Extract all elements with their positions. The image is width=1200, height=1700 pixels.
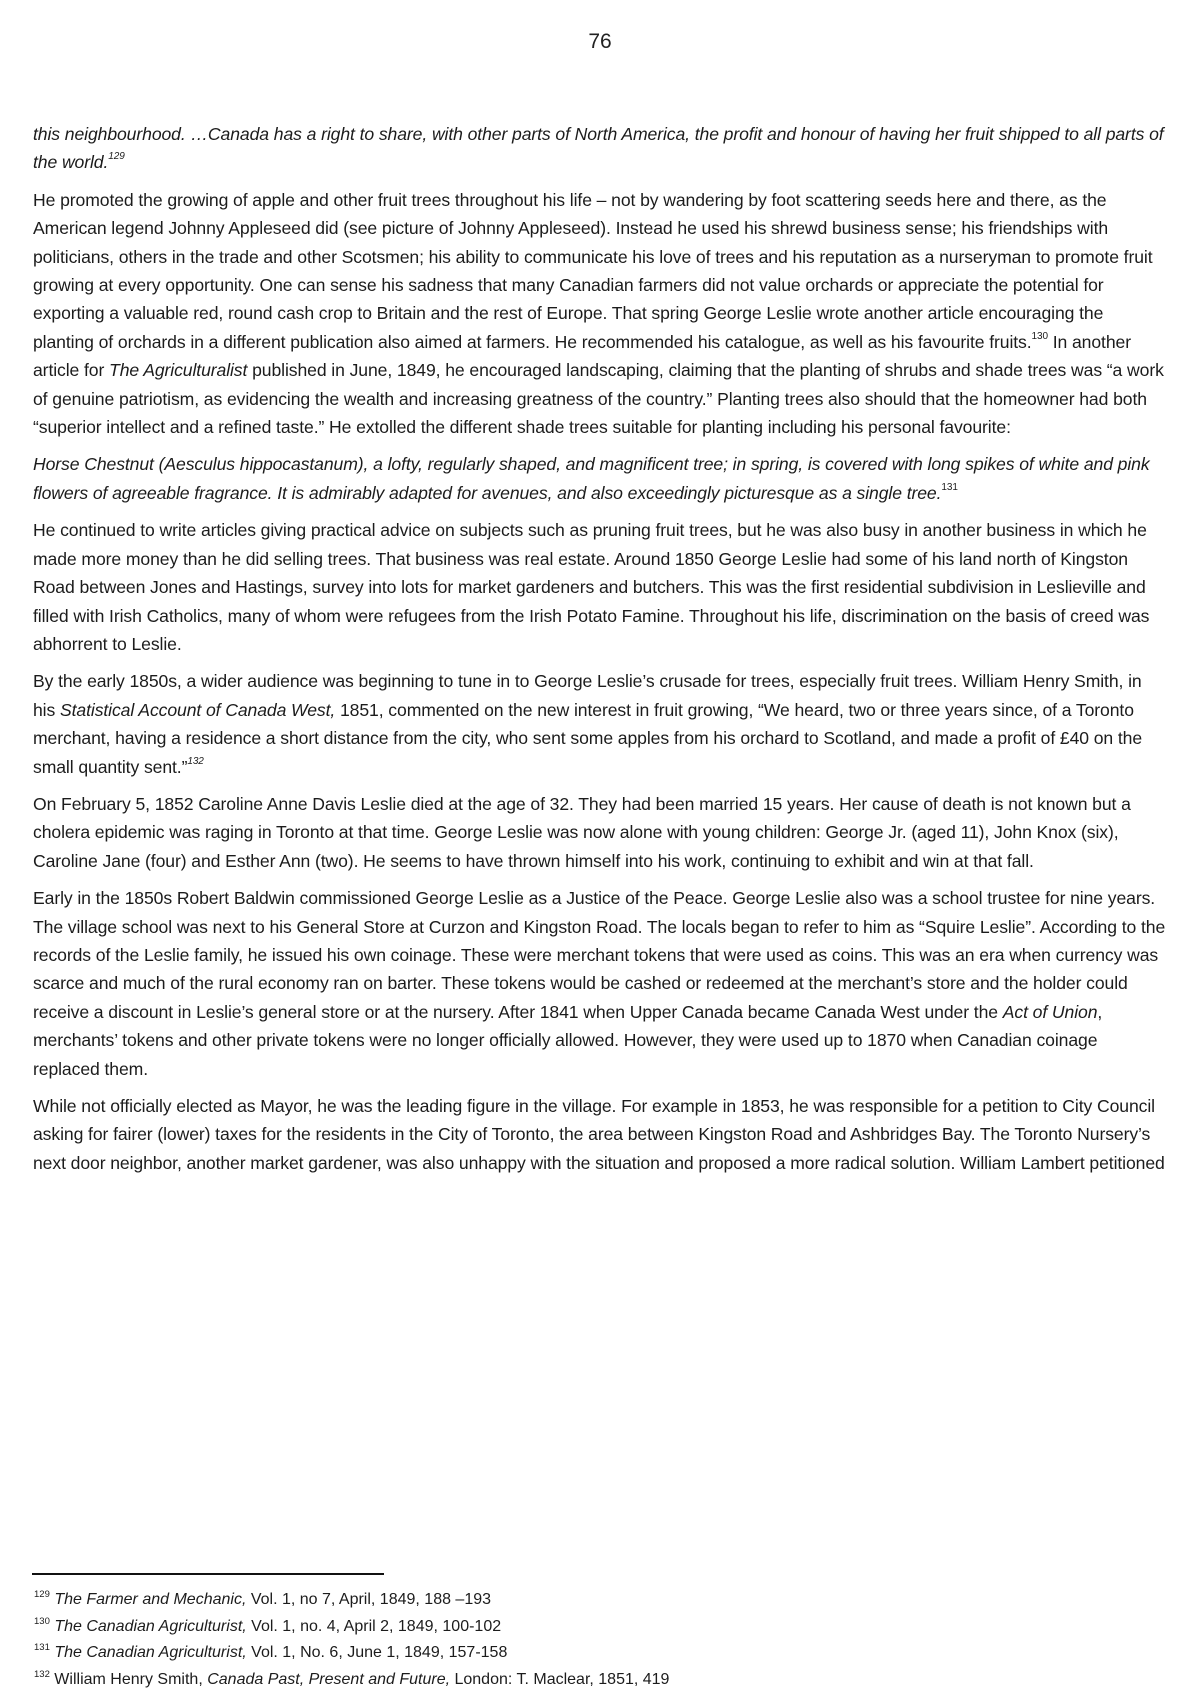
publication-title: Statistical Account of Canada West, xyxy=(60,700,335,720)
footnote-ref-129[interactable]: 129 xyxy=(108,151,124,162)
paragraph-wider-audience: By the early 1850s, a wider audience was… xyxy=(33,667,1168,781)
footnote-129: 129 The Farmer and Mechanic, Vol. 1, no … xyxy=(34,1587,934,1614)
paragraph-village-figure: While not officially elected as Mayor, h… xyxy=(33,1092,1168,1177)
footnote-author: William Henry Smith, xyxy=(50,1671,207,1688)
footnote-text: Vol. 1, No. 6, June 1, 1849, 157-158 xyxy=(247,1644,508,1661)
act-title: Act of Union xyxy=(1003,1002,1098,1022)
paragraph-justice-of-peace: Early in the 1850s Robert Baldwin commis… xyxy=(33,884,1168,1083)
paragraph-real-estate: He continued to write articles giving pr… xyxy=(33,516,1168,658)
footnote-ref-132[interactable]: 132 xyxy=(187,756,203,767)
publication-title: The Agriculturalist xyxy=(109,360,247,380)
footnote-title: The Canadian Agriculturist, xyxy=(54,1644,246,1661)
footnote-ref-130[interactable]: 130 xyxy=(1032,331,1048,342)
footnote-title: The Canadian Agriculturist, xyxy=(54,1618,246,1635)
footnote-number: 129 xyxy=(34,1589,50,1600)
paragraph-text: He promoted the growing of apple and oth… xyxy=(33,190,1153,352)
footnote-ref-131[interactable]: 131 xyxy=(941,482,957,493)
block-quote-orchard: this neighbourhood. …Canada has a right … xyxy=(33,120,1168,177)
footnotes: 129 The Farmer and Mechanic, Vol. 1, no … xyxy=(34,1587,934,1693)
quote-text: Horse Chestnut (Aesculus hippocastanum),… xyxy=(33,454,1150,502)
footnote-131: 131 The Canadian Agriculturist, Vol. 1, … xyxy=(34,1640,934,1667)
footnote-132: 132 William Henry Smith, Canada Past, Pr… xyxy=(34,1667,934,1694)
page-number: 76 xyxy=(0,30,1200,54)
block-quote-horse-chestnut: Horse Chestnut (Aesculus hippocastanum),… xyxy=(33,450,1168,507)
paragraph-caroline-death: On February 5, 1852 Caroline Anne Davis … xyxy=(33,790,1168,875)
paragraph-text: Early in the 1850s Robert Baldwin commis… xyxy=(33,888,1165,1022)
footnote-text: London: T. Maclear, 1851, 419 xyxy=(450,1671,669,1688)
footnote-title: The Farmer and Mechanic, xyxy=(54,1591,246,1608)
footnote-text: Vol. 1, no. 4, April 2, 1849, 100-102 xyxy=(247,1618,501,1635)
footnote-number: 130 xyxy=(34,1616,50,1627)
footnote-separator xyxy=(32,1573,384,1575)
footnote-number: 131 xyxy=(34,1642,50,1653)
footnote-number: 132 xyxy=(34,1669,50,1680)
body-text: this neighbourhood. …Canada has a right … xyxy=(33,120,1168,1186)
quote-text: this neighbourhood. …Canada has a right … xyxy=(33,124,1164,172)
footnote-text: Vol. 1, no 7, April, 1849, 188 –193 xyxy=(246,1591,491,1608)
footnote-130: 130 The Canadian Agriculturist, Vol. 1, … xyxy=(34,1614,934,1641)
footnote-title: Canada Past, Present and Future, xyxy=(207,1671,450,1688)
paragraph-apple-promotion: He promoted the growing of apple and oth… xyxy=(33,186,1168,442)
